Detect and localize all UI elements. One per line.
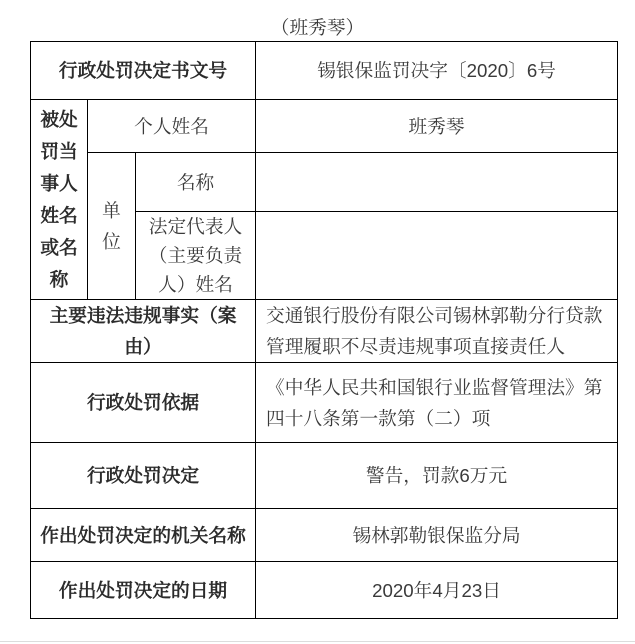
- doc-number-value: 锡银保监罚决字〔2020〕6号: [256, 42, 618, 100]
- org-label-text: 单位: [102, 195, 122, 257]
- date-label: 作出处罚决定的日期: [31, 562, 256, 619]
- facts-label: 主要违法违规事实（案由）: [31, 300, 256, 363]
- party-name-label-text: 被处罚当事人姓名或名称: [39, 104, 79, 296]
- date-value: 2020年4月23日: [256, 562, 618, 619]
- penalty-table: 行政处罚决定书文号 锡银保监罚决字〔2020〕6号 被处罚当事人姓名或名称 个人…: [30, 41, 618, 619]
- basis-value: 《中华人民共和国银行业监督管理法》第四十八条第一款第（二）项: [256, 363, 618, 443]
- row-personal-name: 被处罚当事人姓名或名称 个人姓名 班秀琴: [31, 100, 618, 153]
- org-name-value: [256, 153, 618, 212]
- personal-name-value: 班秀琴: [256, 100, 618, 153]
- decision-label: 行政处罚决定: [31, 443, 256, 509]
- personal-name-label: 个人姓名: [88, 100, 256, 153]
- doc-number-label: 行政处罚决定书文号: [31, 42, 256, 100]
- document-title: （班秀琴）: [0, 0, 635, 41]
- legal-rep-value: [256, 212, 618, 300]
- row-decision: 行政处罚决定 警告，罚款6万元: [31, 443, 618, 509]
- row-facts: 主要违法违规事实（案由） 交通银行股份有限公司锡林郭勒分行贷款管理履职不尽责违规…: [31, 300, 618, 363]
- row-date: 作出处罚决定的日期 2020年4月23日: [31, 562, 618, 619]
- legal-rep-label: 法定代表人（主要负责人）姓名: [136, 212, 256, 300]
- authority-label: 作出处罚决定的机关名称: [31, 509, 256, 562]
- penalty-disclosure-page: （班秀琴） 行政处罚决定书文号 锡银保监罚决字〔2020〕6号 被处罚当事人姓名…: [0, 0, 635, 644]
- row-basis: 行政处罚依据 《中华人民共和国银行业监督管理法》第四十八条第一款第（二）项: [31, 363, 618, 443]
- row-doc-number: 行政处罚决定书文号 锡银保监罚决字〔2020〕6号: [31, 42, 618, 100]
- org-name-label: 名称: [136, 153, 256, 212]
- party-name-label: 被处罚当事人姓名或名称: [31, 100, 88, 300]
- org-label: 单位: [88, 153, 136, 300]
- authority-value: 锡林郭勒银保监分局: [256, 509, 618, 562]
- basis-label: 行政处罚依据: [31, 363, 256, 443]
- facts-value: 交通银行股份有限公司锡林郭勒分行贷款管理履职不尽责违规事项直接责任人: [256, 300, 618, 363]
- bottom-divider: [0, 641, 635, 642]
- row-authority: 作出处罚决定的机关名称 锡林郭勒银保监分局: [31, 509, 618, 562]
- row-org-name: 单位 名称: [31, 153, 618, 212]
- decision-value: 警告，罚款6万元: [256, 443, 618, 509]
